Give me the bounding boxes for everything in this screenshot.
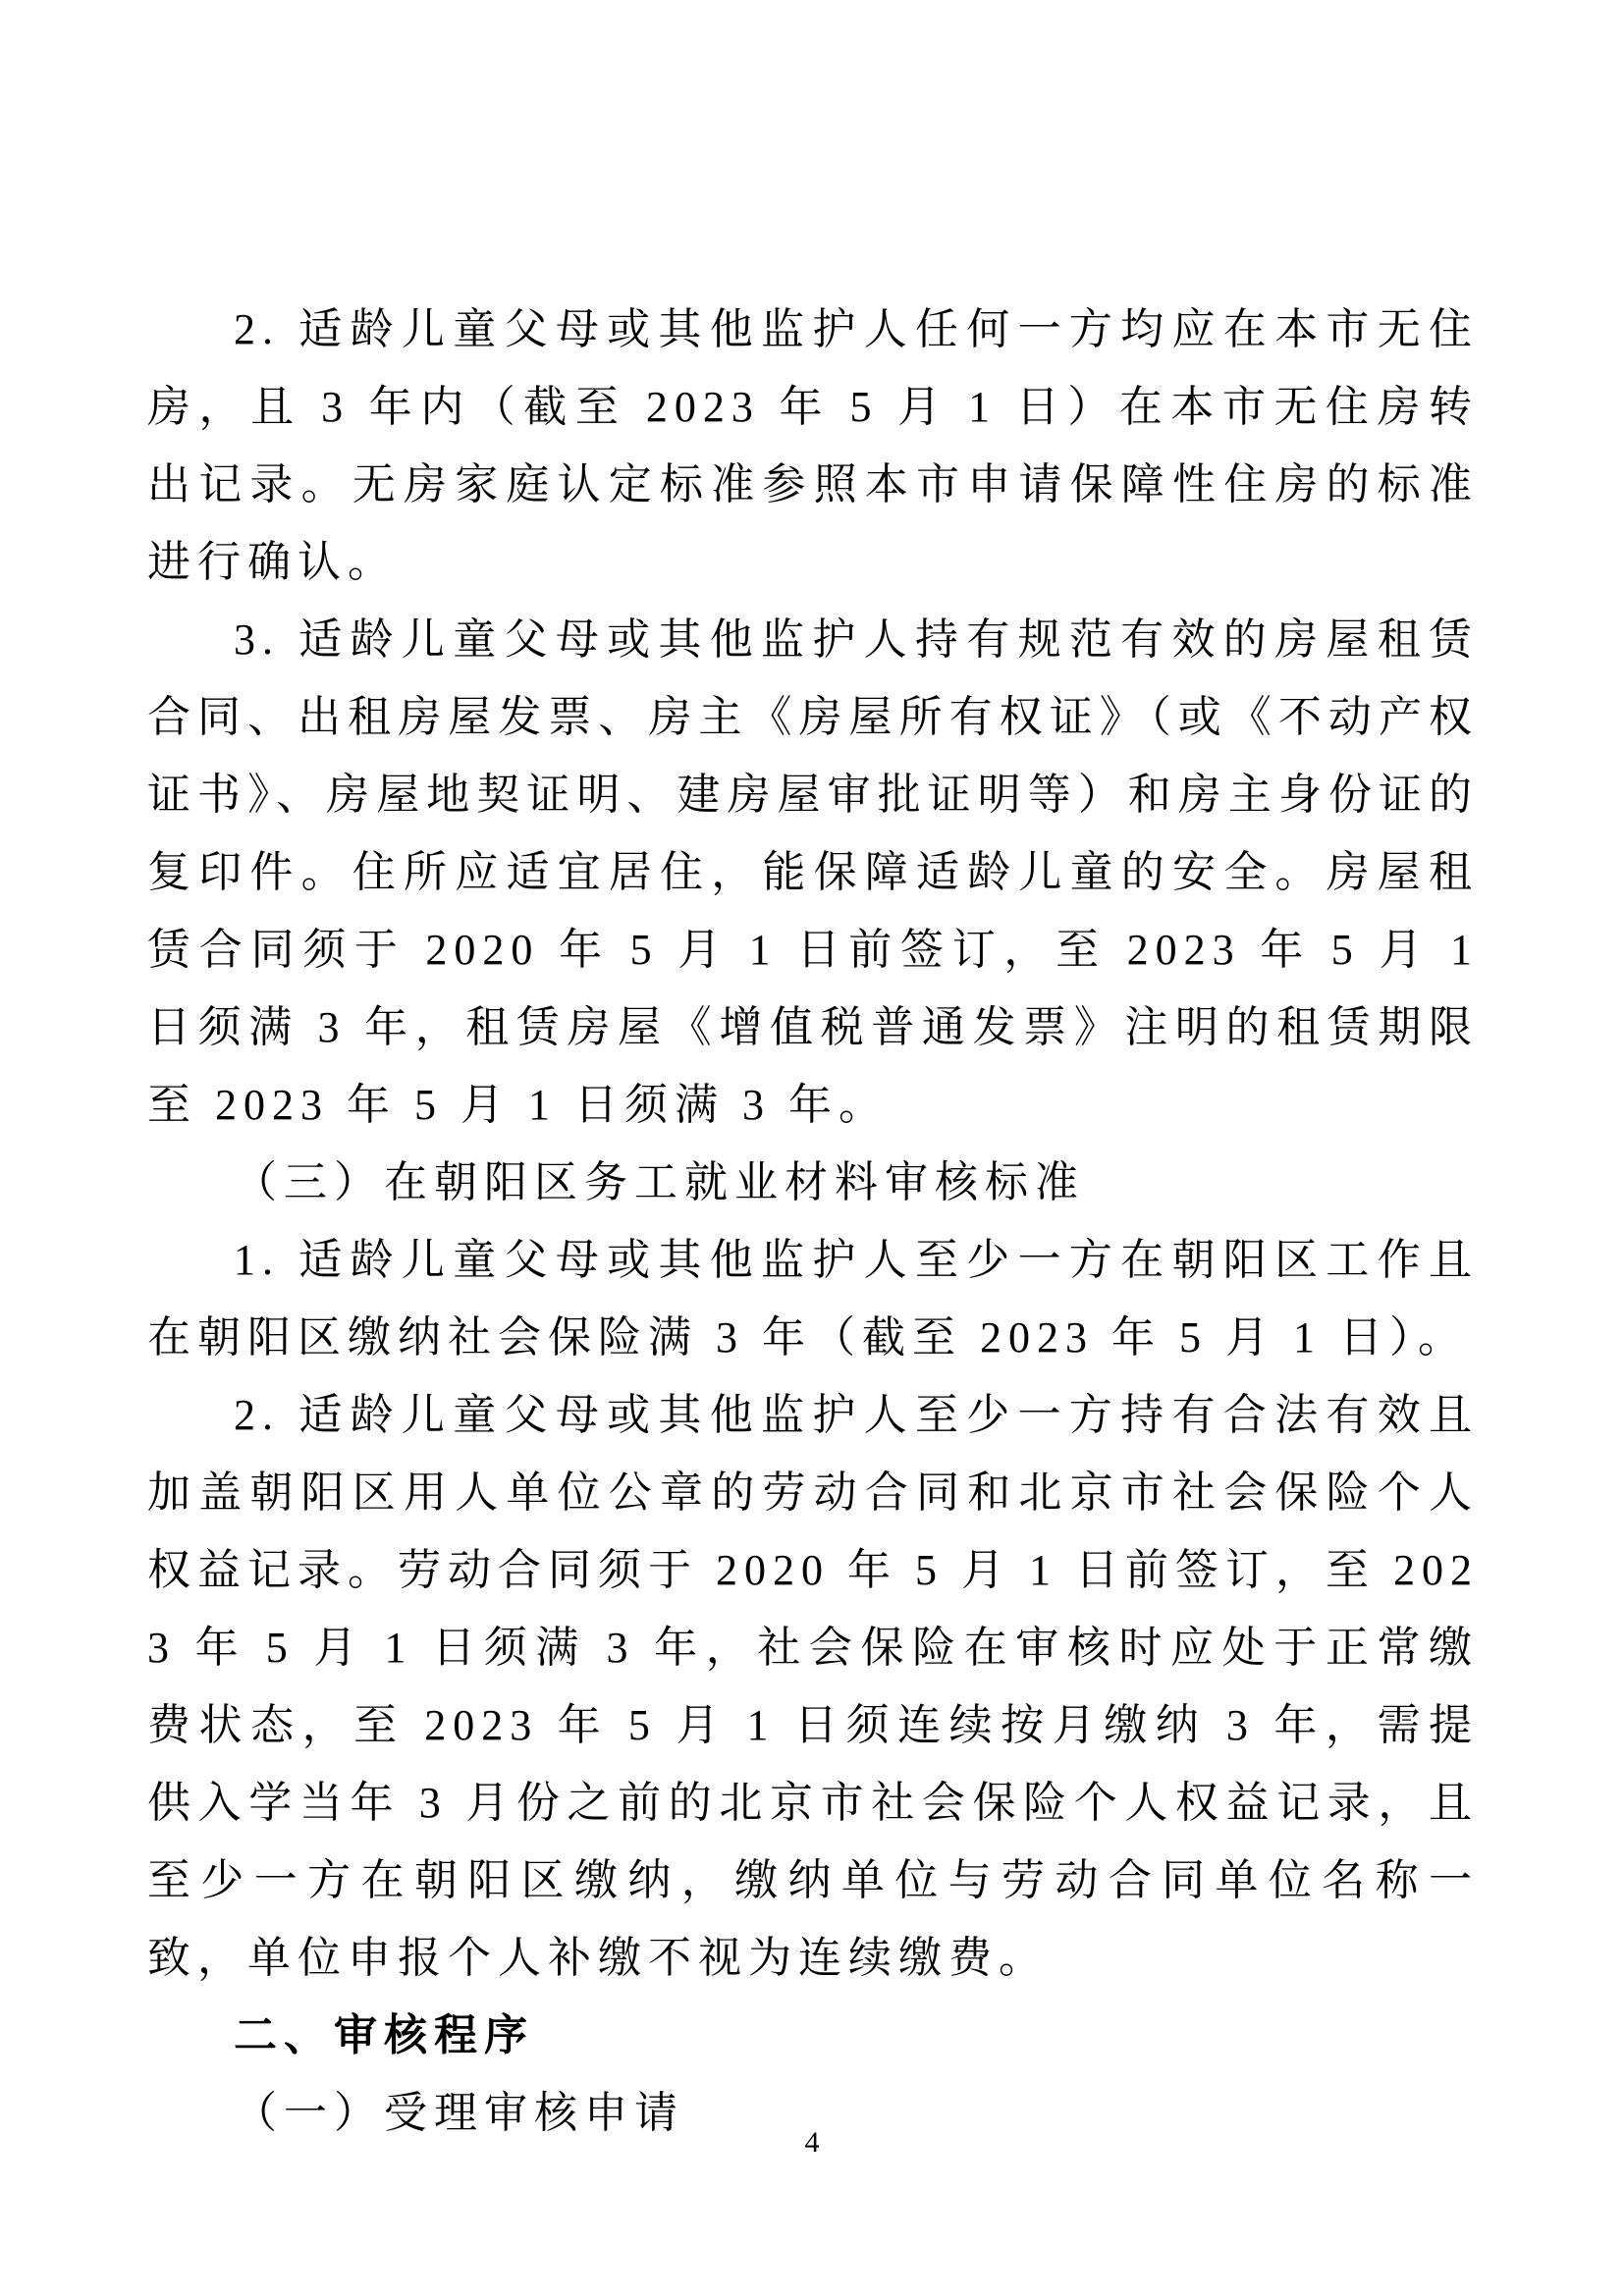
subheading-section-3-employment-review: （三）在朝阳区务工就业材料审核标准 (147, 1144, 1479, 1221)
document-page: 2. 适龄儿童父母或其他监护人任何一方均应在本市无住房，且 3 年内（截至 20… (0, 0, 1624, 2296)
page-number: 4 (0, 2125, 1624, 2161)
heading-review-procedure: 二、审核程序 (147, 1997, 1479, 2074)
paragraph-labor-contract-requirement-2: 2. 适龄儿童父母或其他监护人至少一方持有合法有效且加盖朝阳区用人单位公章的劳动… (147, 1376, 1479, 1997)
document-body: 2. 适龄儿童父母或其他监护人任何一方均应在本市无住房，且 3 年内（截至 20… (147, 291, 1479, 2152)
paragraph-rental-documents-3: 3. 适龄儿童父母或其他监护人持有规范有效的房屋租赁合同、出租房屋发票、房主《房… (147, 601, 1479, 1144)
paragraph-employment-requirement-1: 1. 适龄儿童父母或其他监护人至少一方在朝阳区工作且在朝阳区缴纳社会保险满 3 … (147, 1221, 1479, 1376)
paragraph-housing-requirement-2: 2. 适龄儿童父母或其他监护人任何一方均应在本市无住房，且 3 年内（截至 20… (147, 291, 1479, 601)
